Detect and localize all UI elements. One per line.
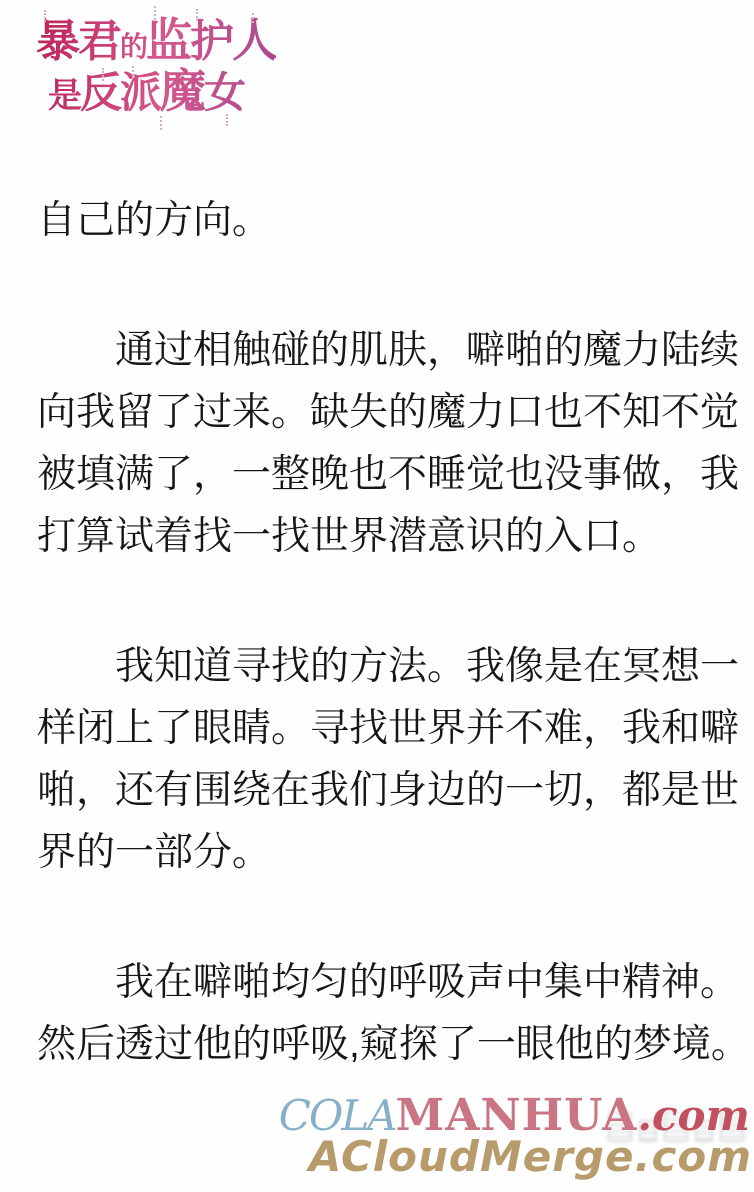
text-line: 我知道寻找的方法。我像是在冥想一 <box>37 636 754 698</box>
text-line: 向我留了过来。缺失的魔力口也不知不觉 <box>37 382 754 444</box>
text-line: 我在噼啪均匀的呼吸声中集中精神。 <box>37 952 754 1014</box>
logo-decoration <box>226 114 228 126</box>
text-line: 然后透过他的呼吸,窥探了一眼他的梦境。 <box>37 1014 754 1076</box>
text-line: 打算试着找一找世界潜意识的入口。 <box>37 506 754 568</box>
series-logo-line1: 暴君的监护人 <box>36 16 276 65</box>
logo-decoration <box>154 6 156 20</box>
series-logo: 暴君的监护人 是反派魔女 <box>36 16 276 115</box>
logo-decoration <box>252 13 254 23</box>
paragraph: 通过相触碰的肌肤，噼啪的魔力陆续向我留了过来。缺失的魔力口也不知不觉被填满了，一… <box>37 320 754 568</box>
logo-decoration <box>132 66 134 76</box>
paragraph: 我在噼啪均匀的呼吸声中集中精神。然后透过他的呼吸,窥探了一眼他的梦境。 <box>37 952 754 1076</box>
logo-decoration <box>160 116 162 130</box>
text-line: 被填满了，一整晚也不睡觉也没事做，我 <box>37 444 754 506</box>
body-text: 自己的方向。通过相触碰的肌肤，噼啪的魔力陆续向我留了过来。缺失的魔力口也不知不觉… <box>37 190 754 1076</box>
text-line: 自己的方向。 <box>37 190 754 252</box>
watermark-acloudmerge: ACloudMerge.com <box>309 1134 752 1180</box>
series-logo-line2: 是反派魔女 <box>36 67 276 115</box>
paragraph: 自己的方向。 <box>37 190 754 252</box>
logo-decoration <box>102 68 104 81</box>
text-line: 通过相触碰的肌肤，噼啪的魔力陆续 <box>37 320 754 382</box>
paragraph: 我知道寻找的方法。我像是在冥想一样闭上了眼睛。寻找世界并不难，我和噼啪，还有围绕… <box>37 636 754 884</box>
logo-decoration <box>196 9 198 21</box>
text-line: 界的一部分。 <box>37 822 754 884</box>
logo-decoration <box>44 10 46 22</box>
text-line: 样闭上了眼睛。寻找世界并不难，我和噼 <box>37 698 754 760</box>
text-line: 啪，还有围绕在我们身边的一切，都是世 <box>37 760 754 822</box>
comic-page: 暴君的监护人 是反派魔女 自己的方向。通过相触碰的肌肤，噼啪的魔力陆续向我留了过… <box>0 0 754 1192</box>
